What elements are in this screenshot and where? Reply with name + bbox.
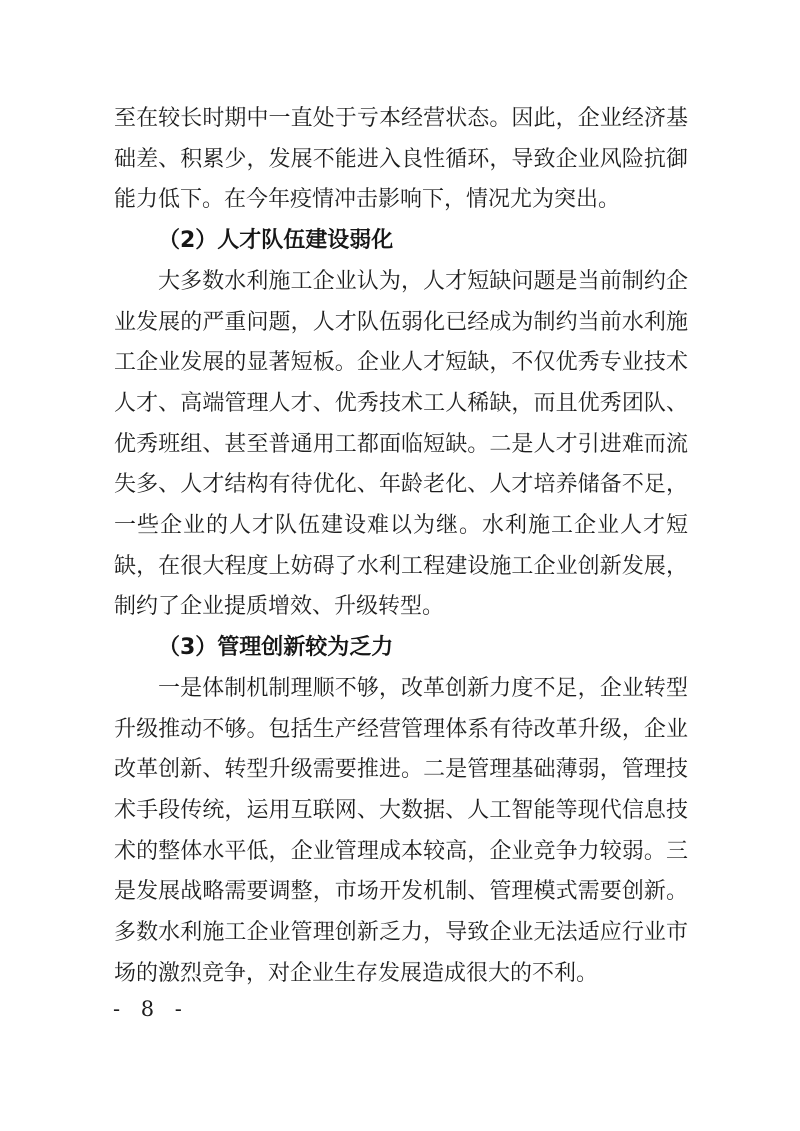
document-content: 至在较长时期中一直处于亏本经营状态。因此，企业经济基础差、积累少，发展不能进入良… <box>114 99 688 994</box>
paragraph-continuation: 至在较长时期中一直处于亏本经营状态。因此，企业经济基础差、积累少，发展不能进入良… <box>114 99 688 221</box>
section-heading-3: （3）管理创新较为乏力 <box>114 628 688 669</box>
page-number: - 8 - <box>113 997 187 1021</box>
section-heading-2: （2）人才队伍建设弱化 <box>114 221 688 262</box>
paragraph-talent-shortage: 大多数水利施工企业认为，人才短缺问题是当前制约企业发展的严重问题，人才队伍弱化已… <box>114 262 688 628</box>
paragraph-management-innovation: 一是体制机制理顺不够，改革创新力度不足，企业转型升级推动不够。包括生产经营管理体… <box>114 669 688 995</box>
document-page: 至在较长时期中一直处于亏本经营状态。因此，企业经济基础差、积累少，发展不能进入良… <box>0 0 800 1131</box>
